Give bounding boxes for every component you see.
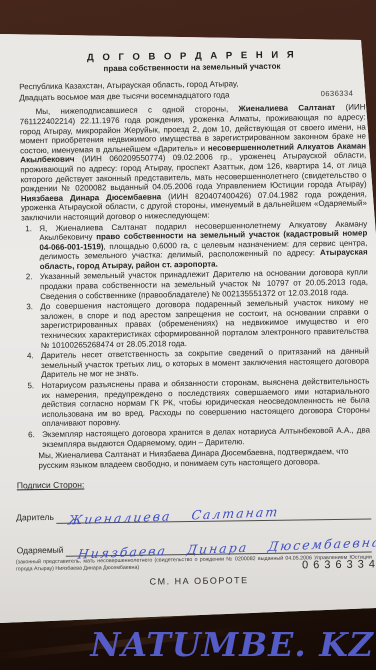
clause-number: 5. <box>23 381 42 429</box>
clause-text: Экземпляр настоящего договора хранится в… <box>42 425 370 449</box>
body-text: Указанный земельный участок принадлежит … <box>40 268 368 301</box>
signature-line: Ниязбаева Динара Дюсембаевна <box>65 518 372 556</box>
numbered-items: 1.Я, Жиеналиева Салтанат подарил несовер… <box>21 219 370 449</box>
contract-clause: 1.Я, Жиеналиева Салтанат подарил несовер… <box>21 219 368 272</box>
clause-number: 3. <box>22 302 41 350</box>
clause-number: 1. <box>21 224 40 272</box>
signature-role-label: Одаряемый <box>17 546 64 557</box>
contract-clause: 4.Даритель несет ответственность за сокр… <box>23 347 369 381</box>
clause-number: 4. <box>23 351 41 380</box>
see-overleaf-note: СМ. НА ОБОРОТЕ <box>26 574 372 588</box>
contract-page: Д О Г О В О Р Д А Р Е Н И Я права собств… <box>0 33 376 589</box>
clause-text: До совершения настоящего договора подаре… <box>40 298 369 351</box>
photo-scene: NATUMBE. KZ Д О Г О В О Р Д А Р Е Н И Я … <box>0 0 376 670</box>
contract-clause: 3.До совершения настоящего договора пода… <box>22 298 369 351</box>
body-text: Нотариусом разъяснены права и обязанност… <box>41 376 369 428</box>
parties-paragraph: Мы, нижеподписавшиеся с одной стороны, Ж… <box>20 103 368 223</box>
contract-clause: 5.Нотариусом разъяснены права и обязанно… <box>23 376 370 429</box>
body-text: Даритель несет ответственность за сокрыт… <box>41 347 369 380</box>
clause-text: Я, Жиеналиева Салтанат подарил несоверше… <box>39 219 368 272</box>
body-text: Экземпляр настоящего договора хранится в… <box>42 425 370 448</box>
site-watermark: NATUMBE. KZ <box>90 625 374 664</box>
signature-rows: ДарительЖиеналиева СалтанатОдаряемыйНияз… <box>16 486 372 557</box>
signature-role-label: Даритель <box>16 513 54 524</box>
body-text: До совершения настоящего договора подаре… <box>40 298 368 350</box>
contract-clause: 6.Экземпляр настоящего договора хранится… <box>24 425 370 449</box>
date-line: Двадцать восьмое мая две тысячи восемнад… <box>19 90 229 103</box>
clause-text: Нотариусом разъяснены права и обязанност… <box>41 376 370 429</box>
clause-text: Указанный земельный участок принадлежит … <box>40 268 368 301</box>
clause-number: 6. <box>24 430 42 449</box>
form-serial-number-bottom: 0636334 <box>302 558 376 571</box>
signature-row: ОдаряемыйНиязбаева Динара Дюсембаевна <box>16 519 371 557</box>
clause-number: 2. <box>22 273 40 302</box>
document-paper: Д О Г О В О Р Д А Р Е Н И Я права собств… <box>0 0 376 670</box>
clause-text: Даритель несет ответственность за сокрыт… <box>41 347 369 380</box>
signature-line: Жиеналиева Салтанат <box>55 485 371 523</box>
contract-clause: 2.Указанный земельный участок принадлежи… <box>22 268 368 302</box>
form-serial-number-top: 0636334 <box>321 88 354 98</box>
language-confirmation: Мы, Жиеналиева Салтанат и Ниязбаева Дина… <box>38 447 370 471</box>
